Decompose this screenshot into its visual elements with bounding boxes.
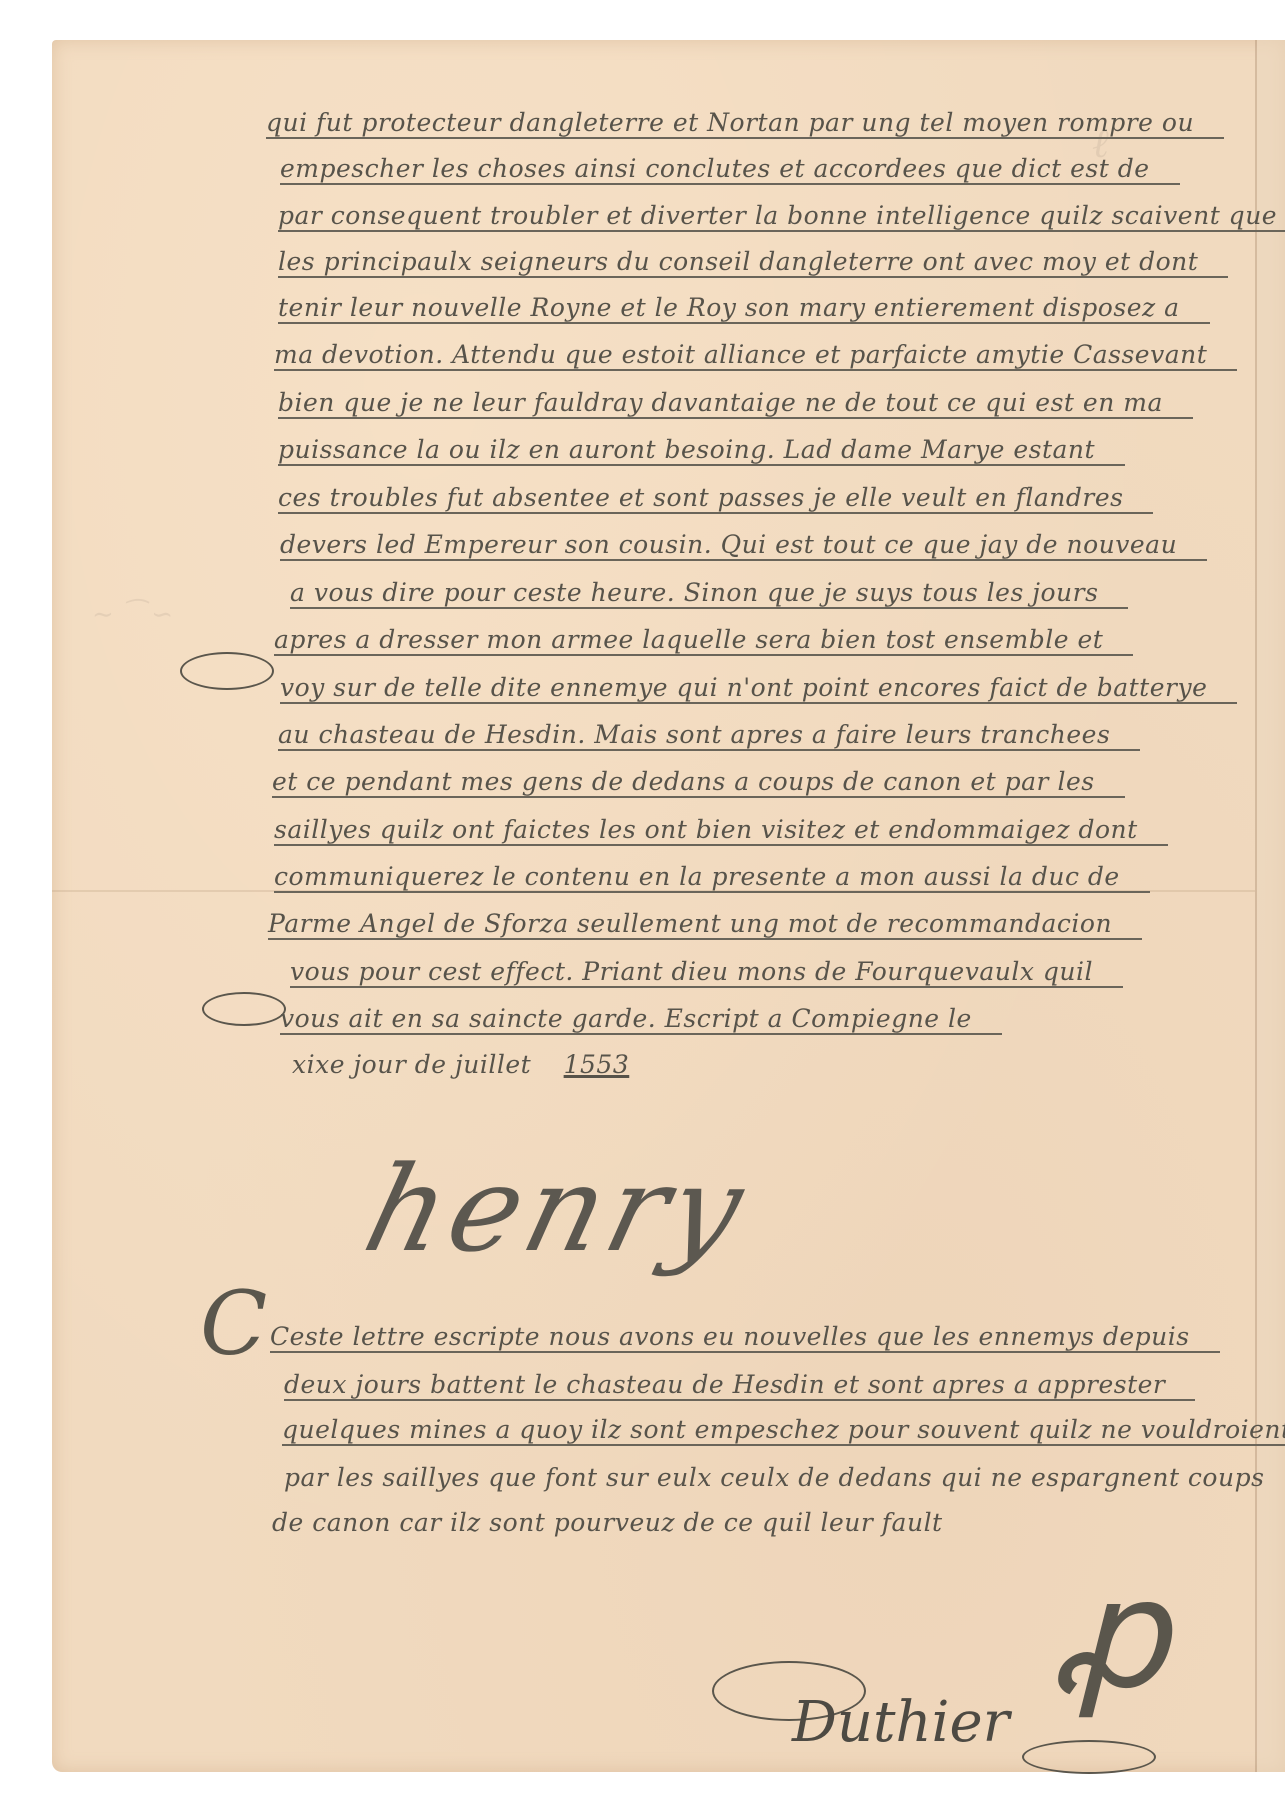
postscript-line-1: Ceste lettre escripte nous avons eu nouv…	[270, 1322, 1220, 1353]
letter-line-12: apres a dresser mon armee laquelle sera …	[274, 625, 1133, 656]
date-year: 1553	[564, 1050, 630, 1079]
postscript-line-3: quelques mines a quoy ilz sont empeschez…	[282, 1415, 1285, 1446]
letter-line-13: voy sur de telle dite ennemye qui n'ont …	[280, 673, 1237, 704]
bleed-through-text: ∼ ⁀ ∽	[92, 600, 173, 630]
letter-line-3: par consequent troubler et diverter la b…	[278, 201, 1285, 232]
letter-line-7: bien que je ne leur fauldray davantaige …	[278, 388, 1193, 419]
letter-line-9: ces troubles fut absentee et sont passes…	[278, 483, 1153, 514]
letter-line-10: devers led Empereur son cousin. Qui est …	[280, 530, 1207, 561]
letter-line-18: Parme Angel de Sforza seullement ung mot…	[268, 909, 1142, 940]
letter-line-19: vous pour cest effect. Priant dieu mons …	[290, 957, 1123, 988]
postscript-line-2: deux jours battent le chasteau de Hesdin…	[284, 1370, 1195, 1401]
king-signature-henry: henry	[353, 1140, 762, 1278]
paraph-mark: ꝓ	[1052, 1560, 1168, 1710]
letter-line-17: communiquerez le contenu en la presente …	[274, 862, 1150, 893]
postscript-line-5: de canon car ilz sont pourveuz de ce qui…	[272, 1508, 943, 1537]
letter-line-2: empescher les choses ainsi conclutes et …	[280, 154, 1180, 185]
letter-line-8: puissance la ou ilz en auront besoing. L…	[278, 435, 1125, 466]
postscript-initial-c: C	[200, 1272, 267, 1375]
secretary-signature-duthier: Duthier	[792, 1690, 1009, 1755]
manuscript-page: ∼ ⁀ ∽ ℓ qui fut protecteur dangleterre e…	[52, 40, 1285, 1772]
letter-line-15: et ce pendant mes gens de dedans a coups…	[272, 767, 1125, 798]
page-margin-strip	[1257, 40, 1285, 1772]
letter-line-1: qui fut protecteur dangleterre et Nortan…	[266, 108, 1224, 139]
initial-flourish-loop	[202, 992, 286, 1026]
date-day-month: xixe jour de juillet	[292, 1050, 531, 1079]
postscript-line-4: par les saillyes que font sur eulx ceulx…	[284, 1463, 1264, 1492]
letter-line-14: au chasteau de Hesdin. Mais sont apres a…	[278, 720, 1140, 751]
letter-line-6: ma devotion. Attendu que estoit alliance…	[274, 340, 1237, 371]
letter-line-11: a vous dire pour ceste heure. Sinon que …	[290, 578, 1128, 609]
letter-line-4: les principaulx seigneurs du conseil dan…	[278, 247, 1228, 278]
paraph-loop	[1022, 1740, 1156, 1774]
date-line: xixe jour de juillet 1553	[292, 1050, 629, 1079]
letter-line-16: saillyes quilz ont faictes les ont bien …	[274, 815, 1168, 846]
letter-line-20: vous ait en sa saincte garde. Escript a …	[280, 1004, 1002, 1035]
initial-flourish-loop	[180, 652, 274, 690]
letter-line-5: tenir leur nouvelle Royne et le Roy son …	[278, 293, 1210, 324]
